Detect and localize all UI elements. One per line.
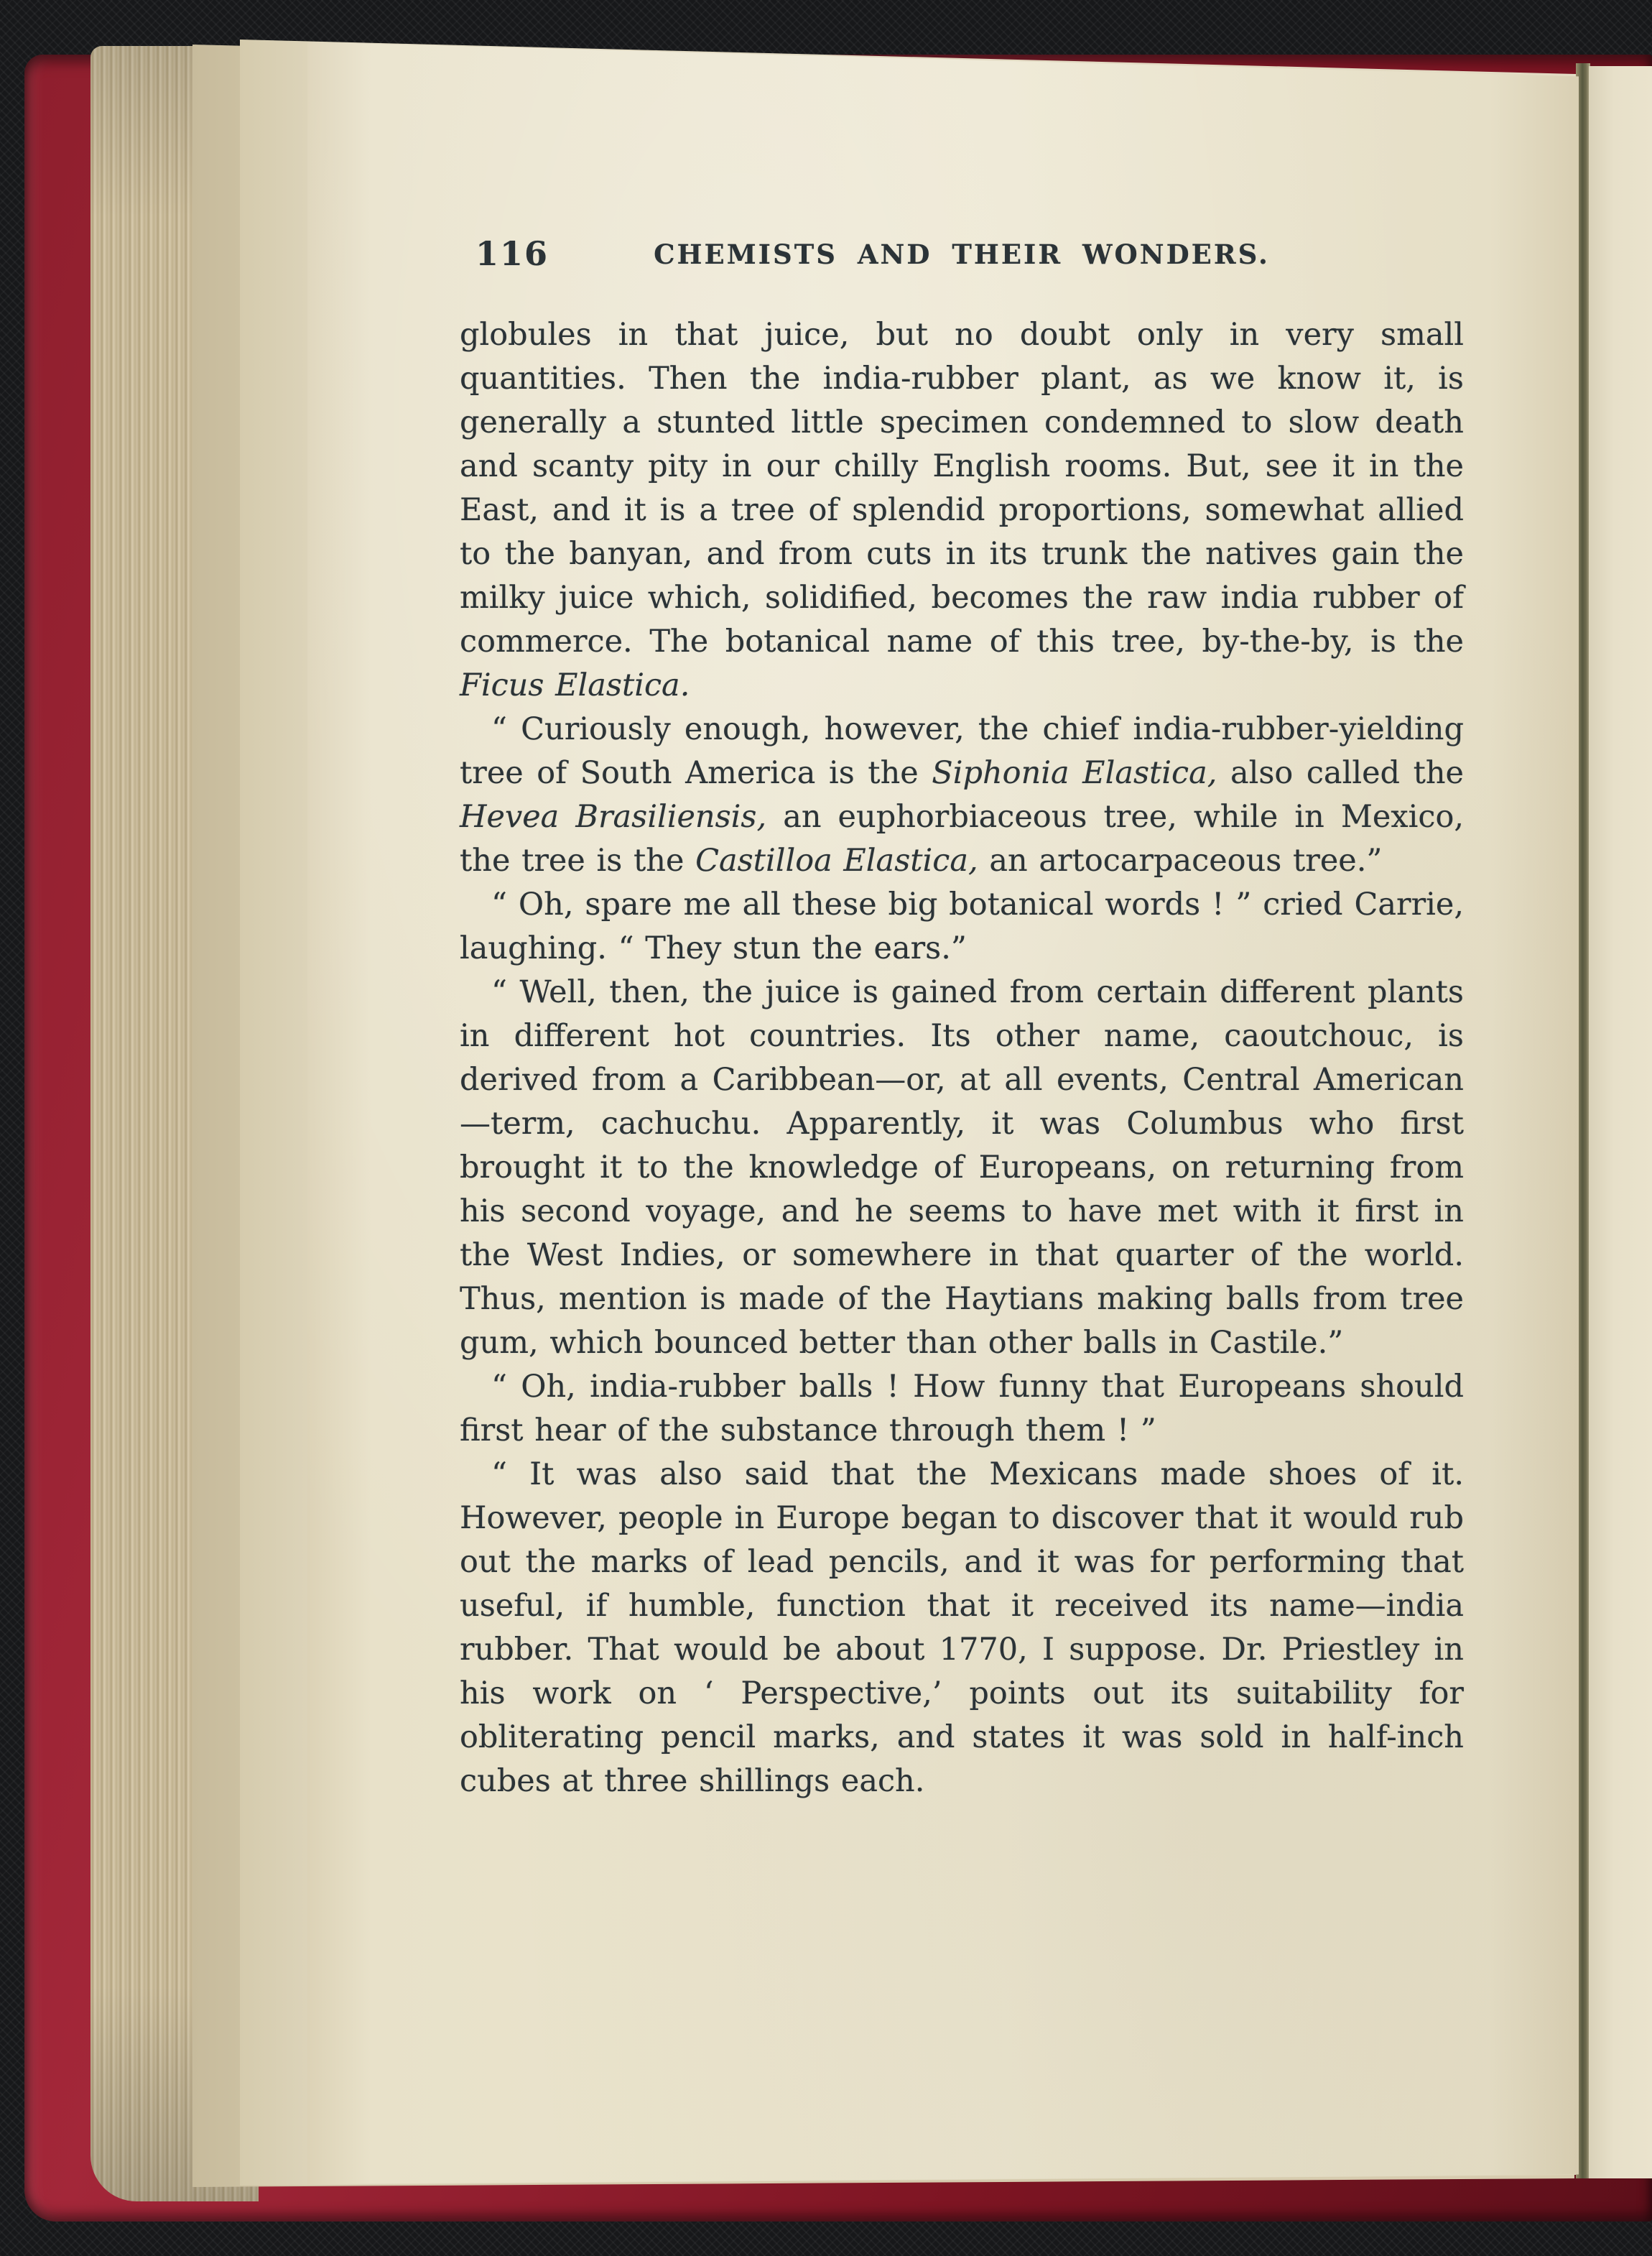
italic-text-segment: Siphonia Elastica, [932,755,1217,791]
text-segment: “ Well, then, the juice is gained from c… [460,974,1464,1361]
text-segment: also called the [1217,755,1464,791]
italic-text-segment: Castilloa Elastica, [695,843,978,879]
text-segment: “ Oh, india-rubber balls ! How funny tha… [460,1369,1464,1448]
paragraph: globules in that juice, but no doubt onl… [460,313,1464,708]
text-segment: “ Oh, spare me all these big botanical w… [460,887,1464,966]
page-body: globules in that juice, but no doubt onl… [460,313,1464,1803]
text-segment: “ It was also said that the Mexicans mad… [460,1456,1464,1799]
paragraph: “ Curiously enough, however, the chief i… [460,708,1464,883]
text-segment: globules in that juice, but no doubt onl… [460,317,1464,660]
running-header: 116 CHEMISTS AND THEIR WONDERS. [460,234,1464,285]
italic-text-segment: Hevea Brasiliensis, [460,799,766,835]
italic-text-segment: Ficus Elastica. [460,667,690,703]
running-header-title: CHEMISTS AND THEIR WONDERS. [460,239,1464,270]
facing-page-edge [1589,66,1652,2178]
paragraph: “ Well, then, the juice is gained from c… [460,971,1464,1365]
photo-of-open-book: { "colors": { "cover-red": "#8e1e2d", "p… [0,0,1652,2256]
book-page: 116 CHEMISTS AND THEIR WONDERS. globules… [307,34,1579,2184]
text-segment: an artocarpaceous tree.” [978,843,1383,879]
paragraph: “ Oh, india-rubber balls ! How funny tha… [460,1365,1464,1453]
paragraph: “ It was also said that the Mexicans mad… [460,1453,1464,1803]
paragraph: “ Oh, spare me all these big botanical w… [460,883,1464,971]
